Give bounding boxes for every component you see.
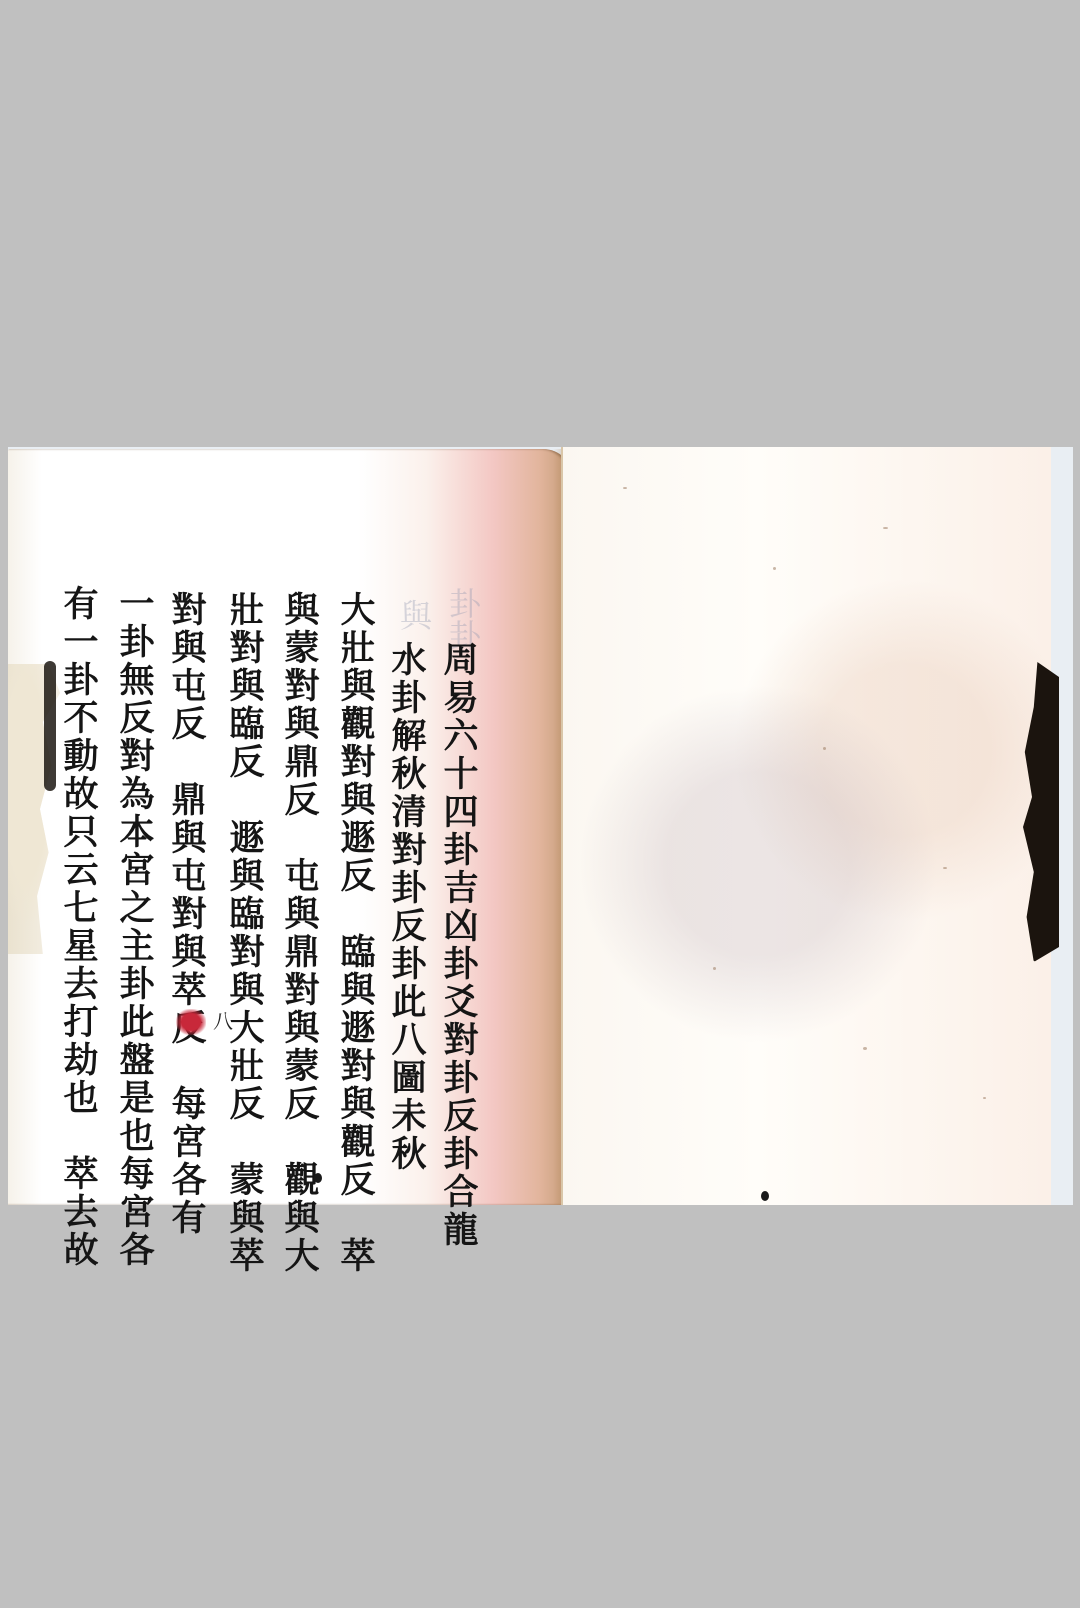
left-page: 卦卦 與 周易六十四卦吉凶卦爻對卦反卦合龍 水卦解秋清對卦反卦此八圖未秋 大壯與… — [8, 449, 573, 1205]
paper-speck — [883, 527, 888, 529]
text-column-7: 一卦無反對為本宮之主卦此盤是也每宮各 — [114, 585, 154, 1269]
text-column-5: 壯對與臨反 遯與臨對與大壯反 蒙與萃 — [224, 591, 264, 1275]
margin-note: 八 — [213, 1005, 233, 1034]
ink-dot — [314, 1173, 322, 1183]
red-seal-mark — [176, 1009, 206, 1035]
paper-speck — [943, 867, 947, 869]
text-column-1: 周易六十四卦吉凶卦爻對卦反卦合龍 — [438, 641, 478, 1249]
bleed-through-text: 與 — [391, 599, 437, 631]
paper-speck — [863, 1047, 867, 1050]
text-column-2: 水卦解秋清對卦反卦此八圖未秋 — [386, 641, 426, 1173]
text-column-3: 大壯與觀對與遯反 臨與遯對與觀反 萃 — [335, 591, 375, 1275]
paper-speck — [823, 747, 826, 750]
paper-speck — [713, 967, 716, 970]
paper-speck — [773, 567, 776, 570]
text-column-4: 與蒙對與鼎反 屯與鼎對與蒙反 觀與大 — [279, 591, 319, 1275]
right-page — [561, 447, 1051, 1205]
paper-speck — [623, 487, 627, 489]
text-column-8: 有一卦不動故只云七星去打劫也 萃去故 — [58, 585, 98, 1269]
paper-speck — [983, 1097, 986, 1099]
torn-stain — [44, 661, 56, 791]
text-column-6: 對與屯反 鼎與屯對與萃反 每宮各有 — [166, 591, 206, 1237]
ink-dot — [761, 1191, 769, 1201]
manuscript-spread: 卦卦 與 周易六十四卦吉凶卦爻對卦反卦合龍 水卦解秋清對卦反卦此八圖未秋 大壯與… — [8, 447, 1073, 1205]
damaged-edge — [1023, 662, 1059, 962]
